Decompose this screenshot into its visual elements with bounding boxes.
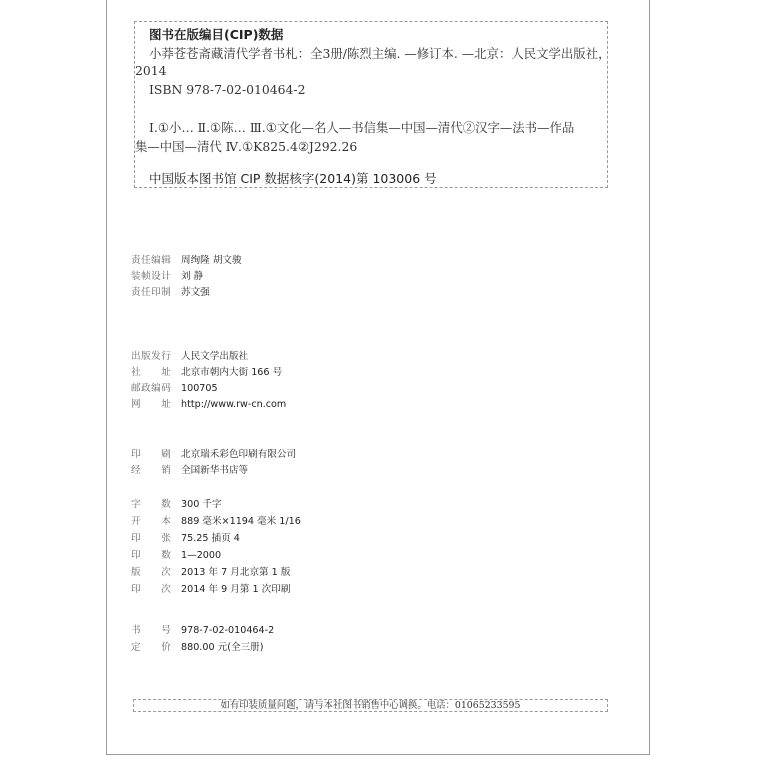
publisher-row: 出版发行人民文学出版社: [131, 348, 248, 362]
spec-value: 75.25 插页 4: [181, 533, 240, 544]
publisher-row: 网 址http://www.rw-cn.com: [131, 396, 286, 410]
spec-label: 印 次: [131, 581, 181, 595]
pricing-row: 书 号978-7-02-010464-2: [131, 622, 274, 636]
spec-row: 字 数300 千字: [131, 496, 222, 510]
website-link[interactable]: http://www.rw-cn.com: [181, 399, 286, 410]
spec-label: 版 次: [131, 564, 181, 578]
printing-row: 印 刷北京瑞禾彩色印刷有限公司: [131, 446, 296, 460]
cip-classification-line-2: 集—中国—清代 Ⅳ.①K825.4②J292.26: [135, 137, 357, 155]
printing-label: 印 刷: [131, 446, 181, 460]
cip-data-box: 图书在版编目(CIP)数据 小莽苍苍斋藏清代学者书札：全3册/陈烈主编. —修订…: [134, 21, 608, 188]
pricing-row: 定 价880.00 元(全三册): [131, 639, 263, 653]
publisher-row: 邮政编码100705: [131, 380, 218, 394]
spec-value: 300 千字: [181, 499, 222, 510]
pricing-label: 定 价: [131, 639, 181, 653]
publisher-value: 北京市朝内大街 166 号: [181, 367, 282, 378]
spec-label: 字 数: [131, 496, 181, 510]
pricing-label: 书 号: [131, 622, 181, 636]
staff-row: 责任印制苏文强: [131, 284, 210, 298]
publisher-label: 邮政编码: [131, 380, 181, 394]
staff-value: 苏文强: [181, 287, 210, 298]
cip-year: 2014: [135, 63, 167, 78]
staff-label: 装帧设计: [131, 268, 181, 282]
spec-value: 2014 年 9 月第 1 次印刷: [181, 584, 290, 595]
spec-row: 印 张75.25 插页 4: [131, 530, 240, 544]
cip-isbn: ISBN 978-7-02-010464-2: [149, 82, 306, 97]
cip-approval-number: 中国版本图书馆 CIP 数据核字(2014)第 103006 号: [149, 169, 437, 187]
staff-row: 责任编辑周绚隆 胡文骏: [131, 252, 242, 266]
staff-value: 周绚隆 胡文骏: [181, 255, 242, 266]
spec-label: 开 本: [131, 513, 181, 527]
staff-value: 刘 静: [181, 271, 203, 282]
spec-label: 印 数: [131, 547, 181, 561]
printing-value: 北京瑞禾彩色印刷有限公司: [181, 449, 296, 460]
spec-row: 版 次2013 年 7 月北京第 1 版: [131, 564, 290, 578]
publisher-label: 网 址: [131, 396, 181, 410]
publisher-label: 社 址: [131, 364, 181, 378]
publisher-value: 100705: [181, 383, 218, 394]
publisher-value: 人民文学出版社: [181, 351, 248, 362]
pricing-value: 880.00 元(全三册): [181, 642, 263, 653]
publisher-row: 社 址北京市朝内大街 166 号: [131, 364, 282, 378]
staff-label: 责任印制: [131, 284, 181, 298]
spec-label: 印 张: [131, 530, 181, 544]
printing-value: 全国新华书店等: [181, 465, 248, 476]
spec-value: 2013 年 7 月北京第 1 版: [181, 567, 290, 578]
printing-row: 经 销全国新华书店等: [131, 462, 248, 476]
pricing-value: 978-7-02-010464-2: [181, 625, 274, 636]
staff-row: 装帧设计刘 静: [131, 268, 203, 282]
cip-bibliographic-line: 小莽苍苍斋藏清代学者书札：全3册/陈烈主编. —修订本. —北京：人民文学出版社…: [149, 44, 610, 62]
spec-value: 889 毫米×1194 毫米 1/16: [181, 516, 301, 527]
staff-label: 责任编辑: [131, 252, 181, 266]
printing-label: 经 销: [131, 462, 181, 476]
spec-row: 印 次2014 年 9 月第 1 次印刷: [131, 581, 290, 595]
spec-value: 1—2000: [181, 550, 221, 561]
quality-notice: 如有印装质量问题，请与本社图书销售中心调换。电话：01065233595: [133, 699, 608, 712]
cip-classification-line-1: Ⅰ.①小… Ⅱ.①陈… Ⅲ.①文化—名人—书信集—中国—清代②汉字—法书—作品: [149, 118, 574, 136]
spec-row: 印 数1—2000: [131, 547, 221, 561]
publisher-label: 出版发行: [131, 348, 181, 362]
cip-title: 图书在版编目(CIP)数据: [149, 25, 283, 43]
spec-row: 开 本889 毫米×1194 毫米 1/16: [131, 513, 301, 527]
